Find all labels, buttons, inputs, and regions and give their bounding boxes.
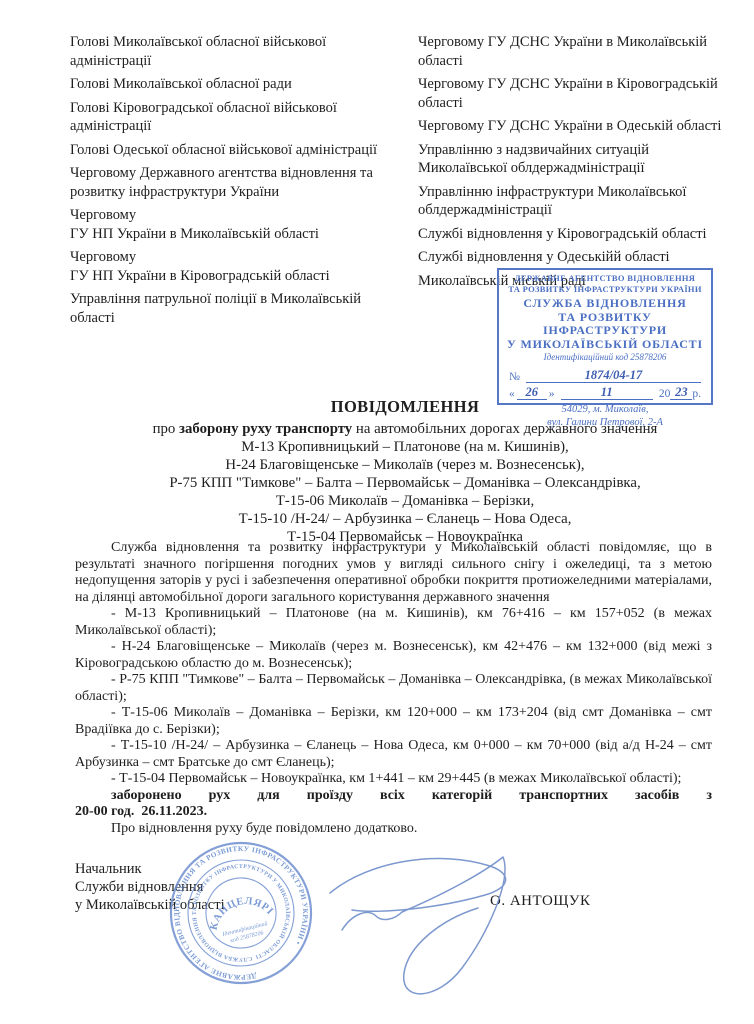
recipient-item: Голові Миколаївської обласної ради — [70, 75, 418, 94]
stamp-service-line3: У МИКОЛАЇВСЬКІЙ ОБЛАСТІ — [499, 338, 711, 352]
stamp-address-line2: вул. Галини Петрової, 2-А — [499, 417, 711, 430]
stamp-agency-line1: ДЕРЖАВНЕ АГЕНТСТВО ВІДНОВЛЕННЯ — [499, 273, 711, 284]
stamp-service-line1: СЛУЖБА ВІДНОВЛЕННЯ — [499, 297, 711, 311]
stamp-address: 54029, м. Миколаїв, вул. Галини Петрової… — [499, 404, 711, 429]
ban-word: засобів — [635, 788, 679, 805]
subtitle-pre: про — [153, 421, 179, 437]
recipient-item: Черговому ГУ ДСНС України в Миколаївські… — [418, 33, 730, 70]
ban-word: з — [706, 788, 712, 805]
round-stamp-inner-text: СЛУЖБА ВІДНОВЛЕННЯ ТА РОЗВИТКУ ІНФРАСТРУ… — [182, 854, 301, 973]
recipient-item: Голові Миколаївської обласної військової… — [70, 33, 418, 70]
road-item-paragraph: - Т-15-06 Миколаїв – Доманівка – Берізки… — [75, 705, 712, 738]
road-line: Т-15-06 Миколаїв – Доманівка – Берізки, — [75, 492, 735, 510]
ban-statement-line: забороненорухдляпроїздувсіхкатегорійтран… — [75, 788, 712, 805]
road-items: - М-13 Кропивницький – Платонове (на м. … — [75, 606, 712, 788]
road-line: Т-15-10 /Н-24/ – Арбузинка – Єланець – Н… — [75, 510, 735, 528]
road-item-paragraph: - Т-15-10 /Н-24/ – Арбузинка – Єланець –… — [75, 738, 712, 771]
stamp-quote-open: « — [509, 388, 515, 400]
document-page: Голові Миколаївської обласної військової… — [0, 0, 754, 1024]
recipient-item: Службі відновлення у Кіровоградській обл… — [418, 225, 730, 244]
ban-word: заборонено — [111, 788, 182, 805]
stamp-year-prefix: 20 — [659, 388, 671, 400]
ban-word: рух — [209, 788, 231, 805]
svg-text:СЛУЖБА ВІДНОВЛЕННЯ ТА РОЗВИТКУ: СЛУЖБА ВІДНОВЛЕННЯ ТА РОЗВИТКУ ІНФРАСТРУ… — [182, 854, 301, 973]
ban-word: для — [257, 788, 280, 805]
footer-note: Про відновлення руху буде повідомлено до… — [75, 821, 712, 838]
body-text: Служба відновлення та розвитку інфрастру… — [75, 540, 712, 837]
recipient-item: Голові Кіровоградської обласної військов… — [70, 99, 418, 136]
road-line: Н-24 Благовіщенське – Миколаїв (через м.… — [75, 456, 735, 474]
road-item-paragraph: - Н-24 Благовіщенське – Миколаїв (через … — [75, 639, 712, 672]
stamp-number-value: 1874/04-17 — [526, 369, 701, 383]
stamp-agency-line2: ТА РОЗВИТКУ ІНФРАСТРУКТУРИ УКРАЇНИ — [499, 284, 711, 295]
handwritten-signature — [300, 838, 540, 1013]
stamp-month-value: 11 — [561, 386, 653, 400]
stamp-year-suffix: р. — [692, 388, 701, 400]
recipients-left-column: Голові Миколаївської обласної військової… — [70, 33, 418, 332]
stamp-address-line1: 54029, м. Миколаїв, — [499, 404, 711, 417]
road-line: Р-75 КПП "Тимкове" – Балта – Первомайськ… — [75, 474, 735, 492]
ban-word: транспортних — [519, 788, 608, 805]
recipient-item: Черговому ГУ ДСНС України в Кіровоградсь… — [418, 75, 730, 112]
recipient-item: Управління патрульної поліції в Миколаїв… — [70, 290, 418, 327]
recipient-item: Управлінню з надзвичайних ситуацій Микол… — [418, 141, 730, 178]
recipient-item: Черговому ГУ НП України в Кіровоградські… — [70, 248, 418, 285]
subtitle-bold: заборону руху транспорту — [179, 421, 352, 437]
road-item-paragraph: - Т-15-04 Первомайськ – Новоукраїнка, км… — [75, 771, 712, 788]
recipient-item: Управлінню інфраструктури Миколаївської … — [418, 183, 730, 220]
road-item-paragraph: - Р-75 КПП "Тимкове" – Балта – Первомайс… — [75, 672, 712, 705]
recipient-item: Службі відновлення у Одеськійй області — [418, 248, 730, 267]
stamp-service-line2: ТА РОЗВИТКУ ІНФРАСТРУКТУРИ — [499, 311, 711, 338]
ban-word: категорій — [432, 788, 492, 805]
stamp-id-code: Ідентифікаційний код 25878206 — [499, 352, 711, 363]
road-line: М-13 Кропивницький – Платонове (на м. Ки… — [75, 438, 735, 456]
road-item-paragraph: - М-13 Кропивницький – Платонове (на м. … — [75, 606, 712, 639]
recipient-item: Черговому ГУ ДСНС України в Одеській обл… — [418, 117, 730, 136]
recipient-item: Черговому Державного агентства відновлен… — [70, 164, 418, 201]
stamp-day-value: 26 — [517, 386, 547, 400]
ban-statement-date: 20-00 год. 26.11.2023. — [75, 804, 712, 821]
ban-word: всіх — [380, 788, 405, 805]
ban-word: проїзду — [307, 788, 353, 805]
roads-list: М-13 Кропивницький – Платонове (на м. Ки… — [75, 438, 735, 546]
intro-paragraph: Служба відновлення та розвитку інфрастру… — [75, 540, 712, 606]
registration-stamp: ДЕРЖАВНЕ АГЕНТСТВО ВІДНОВЛЕННЯ ТА РОЗВИТ… — [497, 268, 713, 405]
stamp-year-value: 23 — [670, 386, 692, 400]
stamp-quote-close: » — [549, 388, 555, 400]
recipient-item: Голові Одеської обласної військової адмі… — [70, 141, 418, 160]
stamp-date-row: « 26 » 11 20 23 р. — [509, 386, 701, 400]
stamp-number-label: № — [509, 371, 520, 383]
stamp-number-row: № 1874/04-17 — [509, 369, 701, 383]
recipient-item: Черговому ГУ НП України в Миколаївській … — [70, 206, 418, 243]
